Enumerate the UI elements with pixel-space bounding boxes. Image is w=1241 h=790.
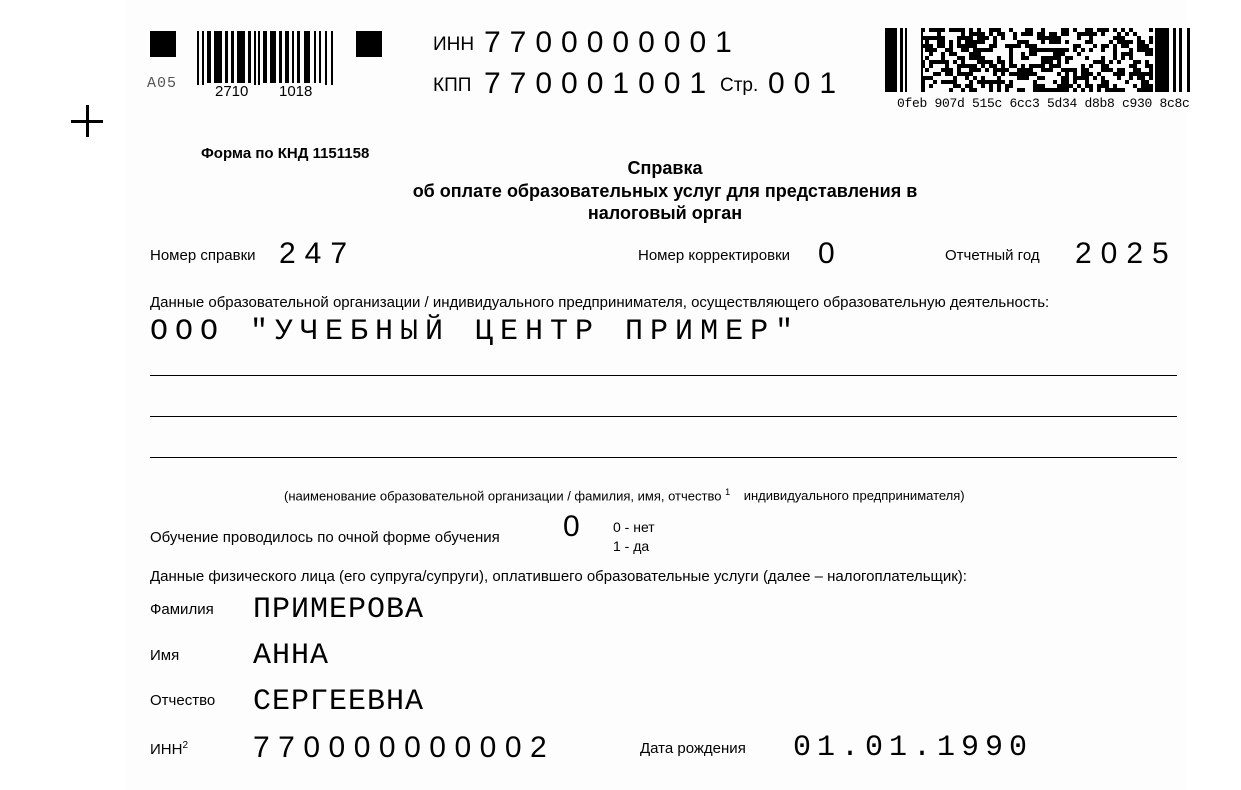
reporting-year-label: Отчетный год <box>945 247 1040 264</box>
org-name-line-2 <box>150 416 1177 417</box>
fulltime-value[interactable]: 0 <box>563 510 580 544</box>
inn-value: 7700000001 <box>484 26 741 60</box>
name-value[interactable]: АННА <box>253 639 329 673</box>
payer-section-label: Данные физического лица (его супруга/суп… <box>150 568 967 585</box>
footnote-1-marker: 1 <box>725 487 730 497</box>
page-value: 001 <box>768 67 845 101</box>
patronymic-label: Отчество <box>150 692 215 709</box>
surname-value[interactable]: ПРИМЕРОВА <box>253 593 424 627</box>
correction-number-value[interactable]: 0 <box>818 237 844 271</box>
kpp-value: 770001001 <box>484 67 715 101</box>
birthdate-value[interactable]: 01.01.1990 <box>793 731 1033 765</box>
form-code: A05 <box>147 75 177 92</box>
barcode-icon <box>197 31 337 85</box>
org-name-caption: (наименование образовательной организаци… <box>284 487 965 503</box>
inn-label: ИНН <box>433 34 474 56</box>
org-caption-tail: индивидуального предпринимателя) <box>744 488 965 503</box>
page-label: Стр. <box>720 75 758 97</box>
payer-inn-label: ИНН2 <box>150 740 188 758</box>
fulltime-option-no: 0 - нет <box>613 519 655 535</box>
form-title-line1: Справка <box>360 157 970 179</box>
org-section-label: Данные образовательной организации / инд… <box>150 294 1049 311</box>
birthdate-label: Дата рождения <box>640 740 746 757</box>
cert-number-value[interactable]: 247 <box>279 237 356 271</box>
name-label: Имя <box>150 647 179 664</box>
barcode-digits-right: 1018 <box>279 83 312 100</box>
registration-marker-left-icon <box>150 31 176 57</box>
kpp-label: КПП <box>433 75 471 97</box>
datamatrix-barcode-icon <box>885 28 1195 94</box>
surname-label: Фамилия <box>150 601 214 618</box>
payer-inn-value[interactable]: 770000000002 <box>253 731 555 765</box>
form-title-line2: об оплате образовательных услуг для пред… <box>360 180 970 202</box>
fulltime-label: Обучение проводилось по очной форме обуч… <box>150 529 500 546</box>
cert-number-label: Номер справки <box>150 247 256 264</box>
fulltime-option-yes: 1 - да <box>613 538 649 554</box>
barcode-digits-left: 2710 <box>215 83 248 100</box>
datamatrix-hash: 0feb 907d 515c 6cc3 5d34 d8b8 c930 8c8c <box>897 96 1190 111</box>
crosshair-cursor-icon <box>71 105 103 137</box>
patronymic-value[interactable]: СЕРГЕЕВНА <box>253 685 424 719</box>
org-name-line-3 <box>150 457 1177 458</box>
org-name-value[interactable]: ООО "УЧЕБНЫЙ ЦЕНТР ПРИМЕР" <box>150 315 800 349</box>
knd-form-code: Форма по КНД 1151158 <box>201 145 369 162</box>
correction-number-label: Номер корректировки <box>638 247 790 264</box>
org-name-line-1 <box>150 375 1177 376</box>
reporting-year-value[interactable]: 2025 <box>1075 237 1178 271</box>
registration-marker-right-icon <box>356 31 382 57</box>
form-title-line3: налоговый орган <box>360 202 970 224</box>
org-caption-text: (наименование образовательной организаци… <box>284 488 721 503</box>
payer-inn-label-text: ИНН <box>150 741 182 758</box>
footnote-2-marker: 2 <box>182 740 188 751</box>
